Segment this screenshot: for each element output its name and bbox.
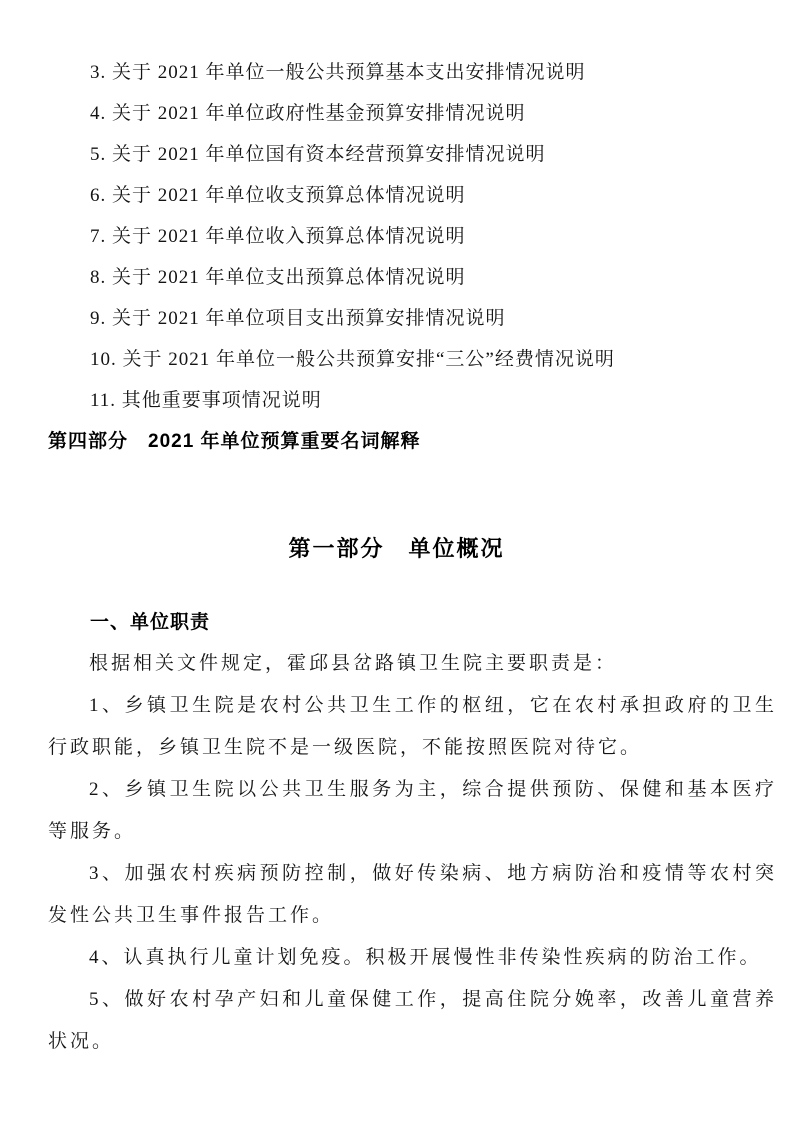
toc-item-11: 11. 其他重要事项情况说明	[48, 380, 777, 421]
toc-item-7: 7. 关于 2021 年单位收入预算总体情况说明	[48, 216, 777, 257]
section-title-unit-duties: 一、单位职责	[48, 603, 777, 643]
toc-item-5: 5. 关于 2021 年单位国有资本经营预算安排情况说明	[48, 134, 777, 175]
toc-item-6: 6. 关于 2021 年单位收支预算总体情况说明	[48, 175, 777, 216]
toc-item-3: 3. 关于 2021 年单位一般公共预算基本支出安排情况说明	[48, 52, 777, 93]
document-page: 3. 关于 2021 年单位一般公共预算基本支出安排情况说明 4. 关于 202…	[0, 0, 793, 1122]
paragraph-duty-2: 2、乡镇卫生院以公共卫生服务为主，综合提供预防、保健和基本医疗等服务。	[48, 769, 777, 853]
toc-item-8: 8. 关于 2021 年单位支出预算总体情况说明	[48, 257, 777, 298]
unit-duties-body: 根据相关文件规定，霍邱县岔路镇卫生院主要职责是： 1、乡镇卫生院是农村公共卫生工…	[48, 643, 777, 1063]
part4-heading: 第四部分 2021 年单位预算重要名词解释	[48, 421, 777, 462]
toc-item-10: 10. 关于 2021 年单位一般公共预算安排“三公”经费情况说明	[48, 339, 777, 380]
toc-item-9: 9. 关于 2021 年单位项目支出预算安排情况说明	[48, 298, 777, 339]
paragraph-duty-5: 5、做好农村孕产妇和儿童保健工作，提高住院分娩率，改善儿童营养状况。	[48, 979, 777, 1063]
table-of-contents: 3. 关于 2021 年单位一般公共预算基本支出安排情况说明 4. 关于 202…	[48, 52, 777, 421]
part1-heading: 第一部分 单位概况	[32, 528, 761, 570]
paragraph-duty-3: 3、加强农村疾病预防控制，做好传染病、地方病防治和疫情等农村突发性公共卫生事件报…	[48, 853, 777, 937]
paragraph-intro: 根据相关文件规定，霍邱县岔路镇卫生院主要职责是：	[48, 643, 777, 685]
paragraph-duty-1: 1、乡镇卫生院是农村公共卫生工作的枢纽，它在农村承担政府的卫生行政职能，乡镇卫生…	[48, 685, 777, 769]
toc-item-4: 4. 关于 2021 年单位政府性基金预算安排情况说明	[48, 93, 777, 134]
paragraph-duty-4: 4、认真执行儿童计划免疫。积极开展慢性非传染性疾病的防治工作。	[48, 937, 777, 979]
